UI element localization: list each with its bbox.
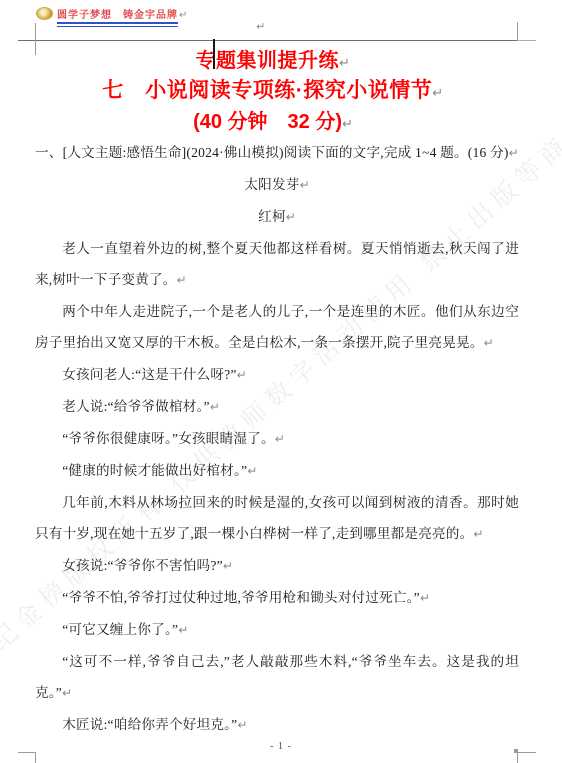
paragraph-mark-icon: ↵ bbox=[237, 718, 247, 732]
paragraph-mark-icon: ↵ bbox=[62, 686, 72, 700]
story-paragraph: “这可不一样,爷爷自己去,”老人敲敲那些木料,“爷爷坐车去。这是我的坦克。”↵ bbox=[35, 646, 519, 709]
story-paragraph: “爷爷不怕,爷爷打过仗种过地,爷爷用枪和锄头对付过死亡。”↵ bbox=[35, 582, 519, 614]
paragraph-mark-icon: ↵ bbox=[473, 527, 483, 541]
story-paragraph: 老人说:“给爷爷做棺材。”↵ bbox=[35, 391, 519, 423]
crop-mark bbox=[517, 752, 518, 763]
brand-seal-icon bbox=[36, 7, 53, 20]
story-paragraph: “可它又缠上你了。”↵ bbox=[35, 614, 519, 646]
paragraph-mark-icon: ↵ bbox=[210, 400, 220, 414]
paragraph-mark-icon: ↵ bbox=[179, 10, 188, 21]
paragraph-mark-icon: ↵ bbox=[509, 146, 519, 160]
paragraph-mark-icon: ↵ bbox=[247, 464, 257, 478]
crop-mark bbox=[35, 752, 36, 763]
body-paragraphs[interactable]: 一、[人文主题:感悟生命](2024·佛山模拟)阅读下面的文字,完成 1~4 题… bbox=[35, 137, 519, 741]
story-paragraph: 老人一直望着外边的树,整个夏天他都这样看树。夏天悄悄逝去,秋天闯了进来,树叶一下… bbox=[35, 233, 519, 296]
paragraph-mark-icon: ↵ bbox=[300, 178, 310, 192]
paragraph-mark-icon: ↵ bbox=[237, 368, 247, 382]
crop-mark bbox=[517, 40, 536, 41]
story-paragraph: “爷爷你很健康呀。”女孩眼睛湿了。↵ bbox=[35, 423, 519, 455]
brand-slogan: 圆学子梦想 铸金字品牌↵ bbox=[57, 6, 188, 27]
paragraph-mark-icon: ↵ bbox=[286, 210, 296, 224]
story-paragraph: 女孩问老人:“这是干什么呀?”↵ bbox=[35, 359, 519, 391]
story-paragraph: 木匠说:“咱给你弄个好坦克。”↵ bbox=[35, 709, 519, 741]
story-paragraph: 几年前,木料从林场拉回来的时候是湿的,女孩可以闻到树液的清香。那时她只有十岁,现… bbox=[35, 487, 519, 550]
paragraph-mark-icon: ↵ bbox=[484, 336, 494, 350]
text-cursor bbox=[213, 39, 215, 69]
section-title: 专题集训提升练↵ bbox=[27, 44, 519, 73]
header-rule bbox=[18, 40, 517, 41]
crop-mark bbox=[18, 752, 36, 753]
page-number: - 1 - bbox=[0, 741, 562, 752]
paragraph-mark-icon: ↵ bbox=[275, 432, 285, 446]
paragraph-mark-icon: ↵ bbox=[178, 623, 188, 637]
paragraph-mark-icon: ↵ bbox=[339, 56, 350, 71]
crop-mark bbox=[517, 22, 518, 40]
story-paragraph: 太阳发芽↵ bbox=[35, 169, 519, 201]
time-score-line: (40 分钟 32 分)↵ bbox=[27, 105, 519, 134]
paragraph-mark-icon: ↵ bbox=[177, 273, 187, 287]
document-page[interactable]: 世纪金榜版权所有 仅供教师数字活动使用 禁止出版等商业所用 违者必究 圆学子梦想… bbox=[0, 0, 562, 763]
crop-mark bbox=[517, 752, 536, 753]
header-brand: 圆学子梦想 铸金字品牌↵ bbox=[36, 6, 188, 27]
story-paragraph: “健康的时候才能做出好棺材。”↵ bbox=[35, 455, 519, 487]
paragraph-mark-icon: ↵ bbox=[342, 117, 353, 132]
story-paragraph: 红柯↵ bbox=[35, 201, 519, 233]
lesson-title: 七 小说阅读专项练·探究小说情节↵ bbox=[27, 74, 519, 104]
paragraph-mark-icon: ↵ bbox=[432, 86, 443, 101]
paragraph-mark-icon: ↵ bbox=[223, 559, 233, 573]
story-paragraph: 两个中年人走进院子,一个是老人的儿子,一个是连里的木匠。他们从东边空房子里抬出又… bbox=[35, 296, 519, 359]
paragraph-mark-icon: ↵ bbox=[420, 591, 430, 605]
paragraph-mark-icon: ↵ bbox=[256, 20, 265, 33]
story-paragraph: 女孩说:“爷爷你不害怕吗?”↵ bbox=[35, 550, 519, 582]
story-paragraph: 一、[人文主题:感悟生命](2024·佛山模拟)阅读下面的文字,完成 1~4 题… bbox=[35, 137, 519, 169]
